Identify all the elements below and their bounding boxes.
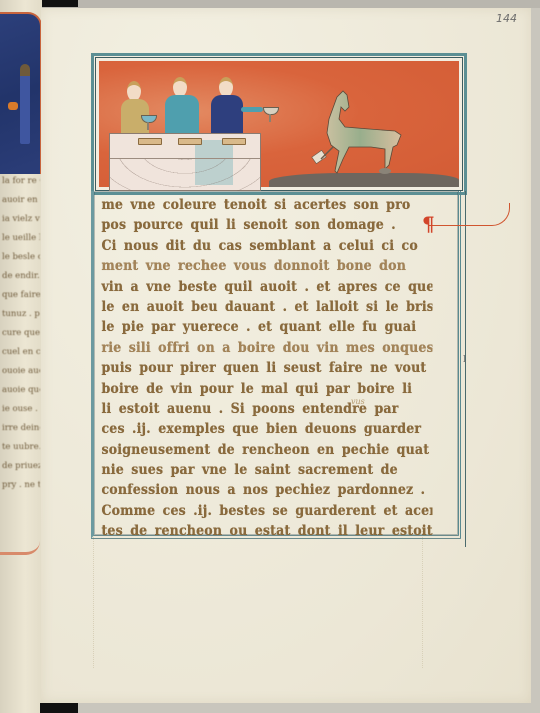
text-column: me vne coleure tenoit si acertes son pro… <box>91 191 461 539</box>
verso-line: cure que Tuele <box>2 324 40 343</box>
verso-line: irre deing cui <box>2 419 40 438</box>
verso-line: auoir en blanc <box>2 191 40 210</box>
text-line: li estoit auenu . Si poons entendre par <box>94 399 433 419</box>
text-line: me vne coleure tenoit si acertes son pro <box>94 195 433 215</box>
chalice-icon <box>263 107 279 115</box>
text-line: confession nous a nos pechiez pardonnez … <box>94 480 433 500</box>
verso-line: le ueille bone <box>2 229 40 248</box>
interlinear-gloss: vus <box>351 397 365 406</box>
verso-line: cuel en cuide <box>2 343 40 362</box>
verso-line: ouoie auendre <box>2 362 40 381</box>
verso-line: de endir. Sof <box>2 267 40 286</box>
robe <box>165 95 199 135</box>
ruling-line <box>93 528 94 668</box>
deer-icon <box>309 89 419 177</box>
text-line: Comme ces .ij. bestes se guarderent et a… <box>94 501 433 521</box>
verso-line: auoie que arue <box>2 381 40 400</box>
recto-page: 144 <box>41 8 531 703</box>
verso-line: pry . ne terre ue <box>2 476 40 495</box>
arm <box>241 107 263 112</box>
text-line: nie sues par vne le saint sacrement de <box>94 460 433 480</box>
scan-corner-mask <box>42 0 78 7</box>
banquet-table <box>109 133 261 191</box>
tablecloth-drape <box>110 158 260 191</box>
verso-line: ia vielz vi for <box>2 210 40 229</box>
ruling-line <box>422 528 423 668</box>
verso-figure <box>20 64 30 144</box>
goblet-icon <box>141 115 157 123</box>
verso-line: que faire eu <box>2 286 40 305</box>
text-line: Ci nous dit du cas semblant a celui ci c… <box>94 236 433 256</box>
text-line: vin a vne beste quil auoit . et apres ce… <box>94 277 433 297</box>
verso-page-edge: la for re C auoir en blanc ia vielz vi f… <box>0 0 42 713</box>
verso-miniature <box>0 12 42 174</box>
verso-line: tunuz . p que <box>2 305 40 324</box>
text-line: soigneusement de rencheon en pechie quat <box>94 440 433 460</box>
bread-plate <box>178 138 202 145</box>
verso-text: la for re C auoir en blanc ia vielz vi f… <box>2 172 40 532</box>
folio-number: 144 <box>496 12 517 25</box>
miniature-frame <box>91 53 467 195</box>
verso-line: ie ouse . Aouf <box>2 400 40 419</box>
robe <box>211 95 243 137</box>
bread-plate <box>138 138 162 145</box>
head <box>127 81 141 101</box>
text-line: le en auoit beu dauant . et lalloit si l… <box>94 297 433 317</box>
scan-top-edge <box>0 0 540 8</box>
verso-line: te uubre. Cyne <box>2 438 40 457</box>
text-line: boire de vin pour le mal qui par boire l… <box>94 379 433 399</box>
verso-line: de priuez vuo <box>2 457 40 476</box>
miniature-background <box>99 61 459 187</box>
head <box>219 77 233 97</box>
text-line: tes de rencheon ou estat dont il leur es… <box>94 521 433 541</box>
paragraph-mark-icon: ¶ <box>422 214 435 234</box>
verso-line: la for re C <box>2 172 40 191</box>
text-line: ment vne rechee vous donnoit bone don <box>94 256 433 276</box>
text-line: pos pource quil li senoit son domage . <box>94 215 433 235</box>
margin-mark: l <box>463 355 466 365</box>
head <box>173 77 187 97</box>
text-line: ces .ij. exemples que bien deuons guarde… <box>94 419 433 439</box>
text-line: le pie par yuerece . et quant elle fu gu… <box>94 317 433 337</box>
scan-corner-mask <box>40 703 78 713</box>
verso-figure-hand <box>8 102 18 110</box>
text-line: puis pour pirer quen li seust faire ne v… <box>94 358 433 378</box>
verso-line: le besle ouple <box>2 248 40 267</box>
paragraph-mark-flourish <box>429 203 510 226</box>
text-line: rie sili offri on a boire dou vin mes on… <box>94 338 433 358</box>
verso-border-rule <box>0 532 40 555</box>
bread-plate <box>222 138 246 145</box>
